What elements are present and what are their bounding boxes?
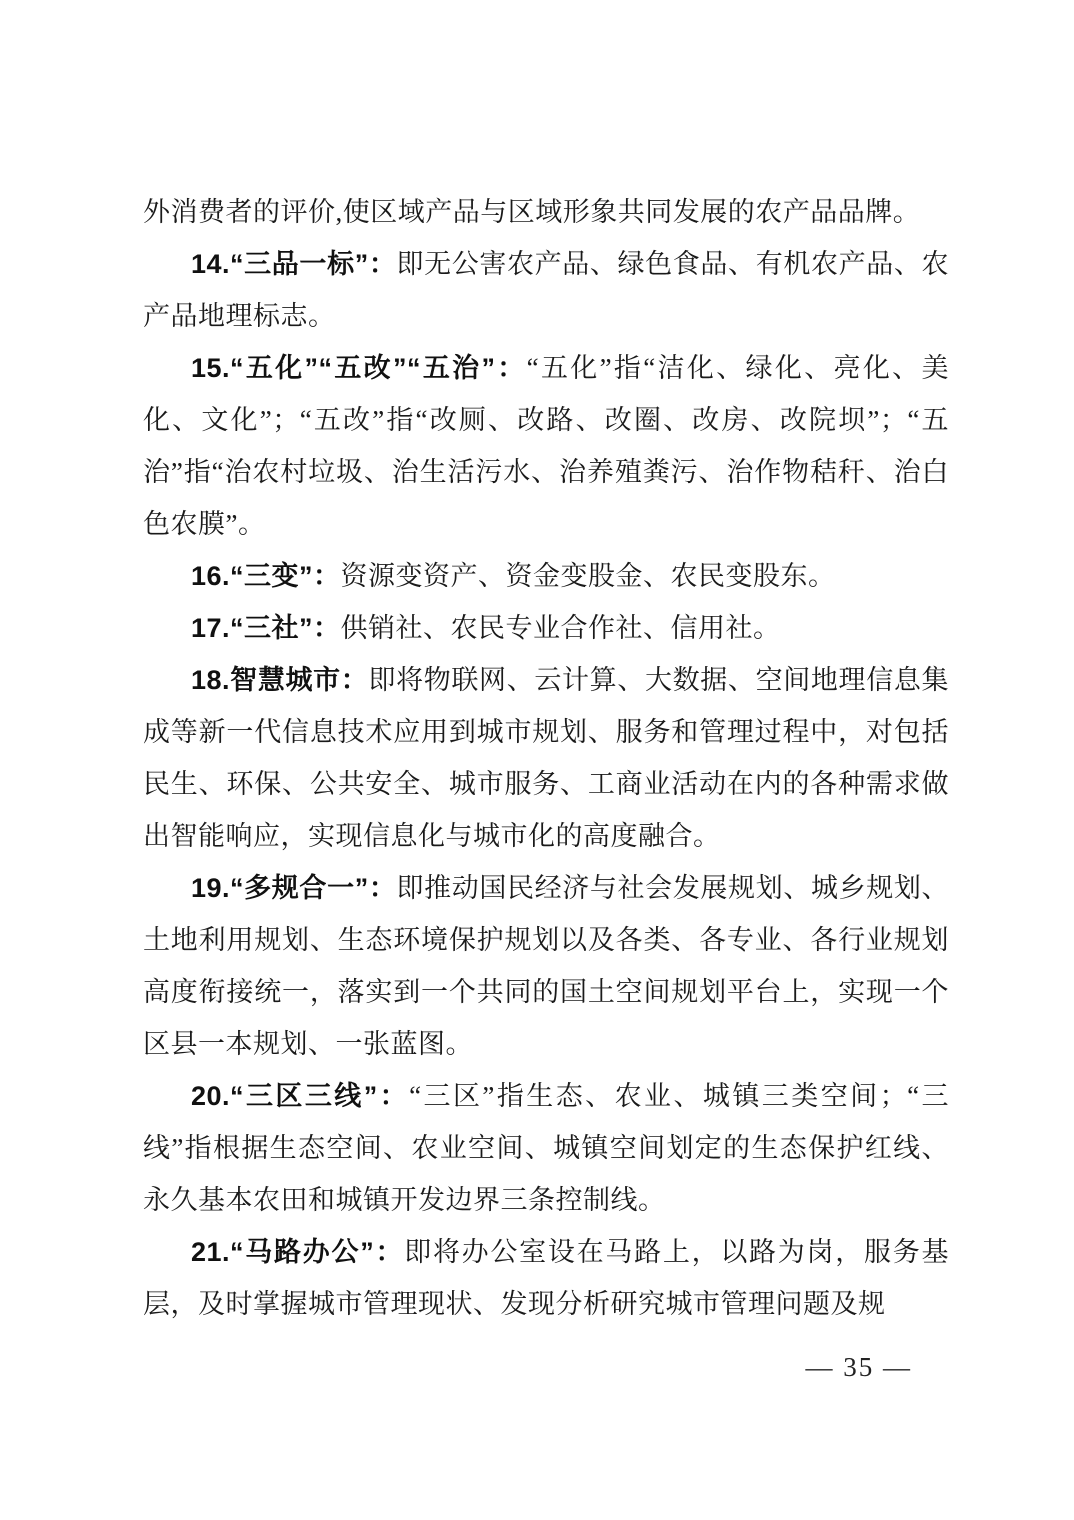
paragraph-item-21: 21.“马路办公”：即将办公室设在马路上，以路为岗，服务基层，及时掌握城市管理现… — [143, 1226, 949, 1330]
paragraph-item-15: 15.“五化”“五改”“五治”：“五化”指“洁化、绿化、亮化、美化、文化”；“五… — [143, 342, 949, 550]
document-body: 外消费者的评价,使区域产品与区域形象共同发展的农产品品牌。 14.“三品一标”：… — [143, 186, 949, 1330]
paragraph-item-16: 16.“三变”：资源变资产、资金变股金、农民变股东。 — [143, 550, 949, 602]
term-label: 18.智慧城市： — [191, 665, 368, 695]
term-label: 16.“三变”： — [191, 561, 341, 591]
page-number: — 35 — — [806, 1352, 913, 1383]
term-label: 19.“多规合一”： — [191, 873, 396, 903]
term-label: 21.“马路办公”： — [191, 1237, 404, 1267]
paragraph-text: 资源变资产、资金变股金、农民变股东。 — [341, 561, 836, 591]
paragraph-text: 外消费者的评价,使区域产品与区域形象共同发展的农产品品牌。 — [143, 197, 920, 227]
paragraph-item-19: 19.“多规合一”：即推动国民经济与社会发展规划、城乡规划、土地利用规划、生态环… — [143, 862, 949, 1070]
document-page: 外消费者的评价,使区域产品与区域形象共同发展的农产品品牌。 14.“三品一标”：… — [0, 0, 1074, 1520]
term-label: 14.“三品一标”： — [191, 249, 396, 279]
term-label: 15.“五化”“五改”“五治”： — [191, 353, 527, 383]
paragraph-item-20: 20.“三区三线”：“三区”指生态、农业、城镇三类空间；“三线”指根据生态空间、… — [143, 1070, 949, 1226]
term-label: 17.“三社”： — [191, 613, 341, 643]
paragraph-item-18: 18.智慧城市：即将物联网、云计算、大数据、空间地理信息集成等新一代信息技术应用… — [143, 654, 949, 862]
paragraph-text: 供销社、农民专业合作社、信用社。 — [341, 613, 781, 643]
paragraph-continuation: 外消费者的评价,使区域产品与区域形象共同发展的农产品品牌。 — [143, 186, 949, 238]
paragraph-item-17: 17.“三社”：供销社、农民专业合作社、信用社。 — [143, 602, 949, 654]
paragraph-item-14: 14.“三品一标”：即无公害农产品、绿色食品、有机农产品、农产品地理标志。 — [143, 238, 949, 342]
term-label: 20.“三区三线”： — [191, 1081, 409, 1111]
